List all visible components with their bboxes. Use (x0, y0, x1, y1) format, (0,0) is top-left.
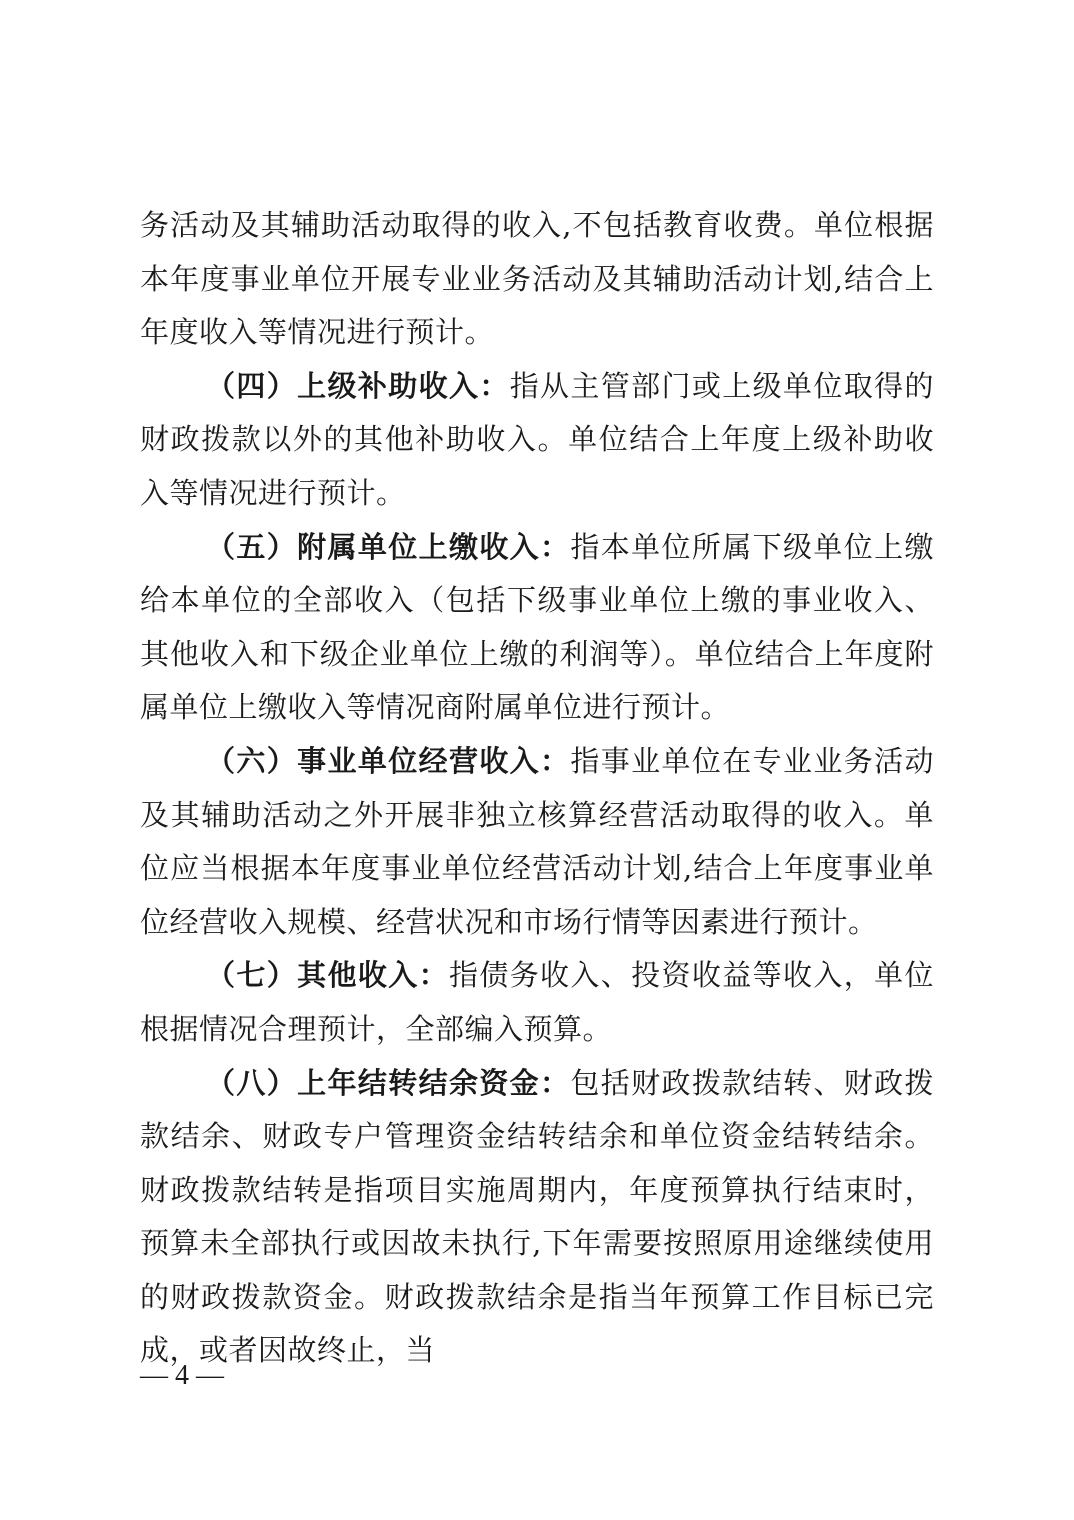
paragraph-affiliated-unit-income: （五）附属单位上缴收入：指本单位所属下级单位上缴给本单位的全部收入（包括下级事业… (140, 521, 934, 735)
page-number: — 4 — (140, 1356, 224, 1396)
paragraph-other-income: （七）其他收入：指债务收入、投资收益等收入，单位根据情况合理预计，全部编入预算。 (140, 949, 934, 1056)
paragraph-continuation: 务活动及其辅助活动取得的收入,不包括教育收费。单位根据本年度事业单位开展专业业务… (140, 199, 934, 360)
section-heading: （四）上级补助收入： (206, 369, 510, 403)
section-heading: （八）上年结转结余资金： (206, 1066, 570, 1100)
section-heading: （五）附属单位上缴收入： (206, 530, 570, 564)
section-heading: （六）事业单位经营收入： (206, 744, 570, 778)
paragraph-text: 务活动及其辅助活动取得的收入,不包括教育收费。单位根据本年度事业单位开展专业业务… (140, 208, 934, 349)
paragraph-superior-subsidy-income: （四）上级补助收入：指从主管部门或上级单位取得的财政拨款以外的其他补助收入。单位… (140, 360, 934, 521)
paragraph-carryover-funds: （八）上年结转结余资金：包括财政拨款结转、财政拨款结余、财政专户管理资金结转结余… (140, 1057, 934, 1379)
document-page: 务活动及其辅助活动取得的收入,不包括教育收费。单位根据本年度事业单位开展专业业务… (140, 199, 934, 1378)
section-heading: （七）其他收入： (206, 958, 449, 992)
paragraph-operating-income: （六）事业单位经营收入：指事业单位在专业业务活动及其辅助活动之外开展非独立核算经… (140, 735, 934, 949)
paragraph-text: 包括财政拨款结转、财政拨款结余、财政专户管理资金结转结余和单位资金结转结余。财政… (140, 1066, 934, 1368)
